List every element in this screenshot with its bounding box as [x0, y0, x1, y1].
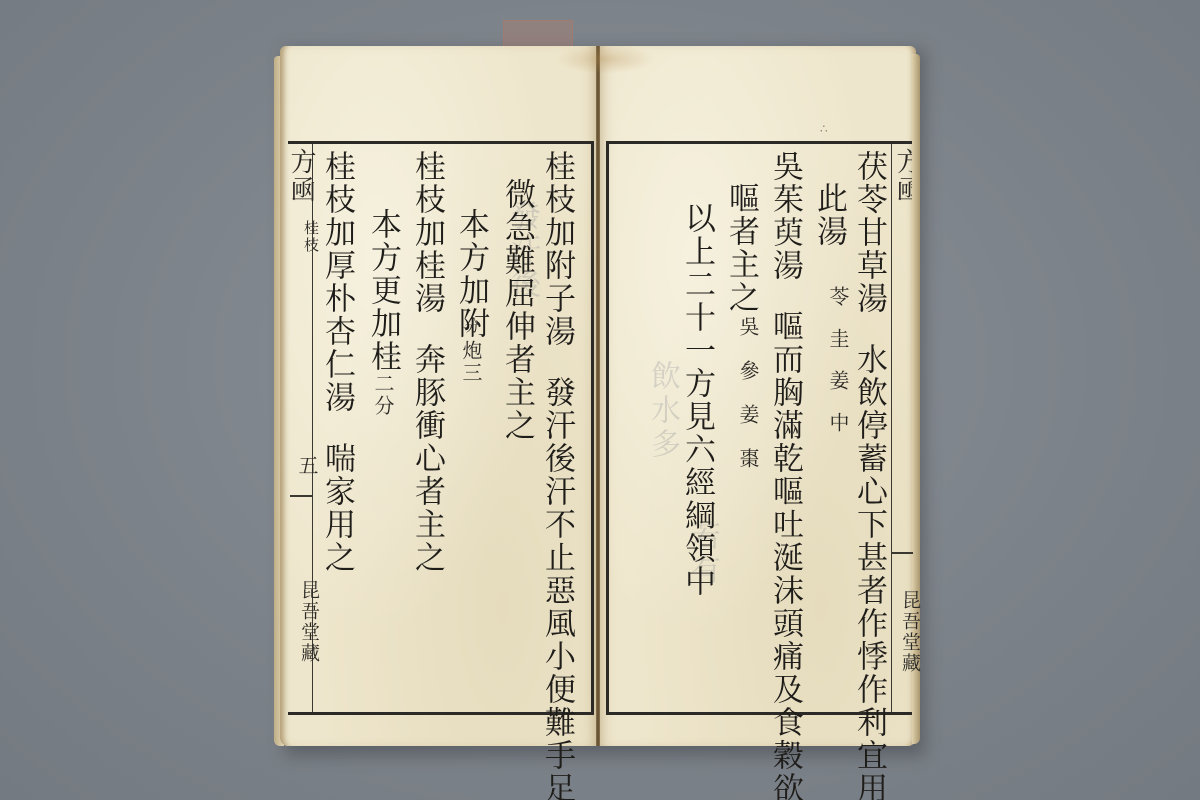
- text-column-2: 此湯: [812, 182, 846, 248]
- text-column-1: 茯苓甘草湯水飲停蓄心下甚者作悸作利宜用: [852, 150, 886, 800]
- text-column-4: 嘔者主之: [724, 182, 758, 314]
- text-column-5: 以上二十一方見六經綱領中: [680, 202, 714, 598]
- prescription-text: 微急難屈伸者主之: [499, 178, 535, 442]
- water-stain: [555, 44, 655, 74]
- ingredient: 姜: [736, 404, 760, 448]
- prescription-text: 奔豚衝心者主之: [409, 343, 445, 574]
- ingredient: 中: [826, 412, 850, 454]
- ingredient: 參: [736, 360, 760, 404]
- prescription-title: 桂枝加厚朴杏仁湯: [319, 150, 355, 414]
- dosage-note: 二分: [371, 373, 395, 417]
- prescription-text: 發汗後汗不止惡風小便難手足: [539, 376, 575, 800]
- prescription-text: 本方更加桂: [365, 208, 401, 373]
- text-column-2: 微急難屈伸者主之: [500, 178, 534, 442]
- text-column-4: 桂枝加桂湯奔豚衝心者主之: [410, 150, 444, 574]
- ingredient-list: 吳參姜棗: [731, 316, 765, 492]
- text-column-5: 本方更加桂二分: [366, 208, 400, 417]
- summary-text: 以上二十一方見六經綱領中: [679, 202, 715, 598]
- margin-title: 方凾: [284, 148, 318, 204]
- publisher-mark: 昆吾堂藏: [292, 580, 326, 664]
- prescription-text: 嘔而胸滿乾嘔吐涎沫頭痛及食穀欲: [767, 310, 803, 800]
- ingredient: 圭: [826, 328, 850, 370]
- book-gutter: [596, 46, 600, 746]
- ingredient: 吳: [736, 316, 760, 360]
- ingredient-list: 苓圭姜中: [818, 286, 858, 454]
- dosage-note: 炮三: [459, 340, 483, 384]
- text-column-1: 桂枝加附子湯發汗後汗不止惡風小便難手足: [540, 150, 574, 800]
- text-column-3: 吳茱萸湯嘔而胸滿乾嘔吐涎沫頭痛及食穀欲: [768, 150, 802, 800]
- text-column-6: 桂枝加厚朴杏仁湯喘家用之: [320, 150, 354, 574]
- fishtail-mark: [290, 495, 312, 497]
- ink-speck: ∴: [820, 122, 828, 136]
- prescription-title: 桂枝加附子湯: [539, 150, 575, 348]
- prescription-text: 此湯: [811, 182, 847, 248]
- ingredient: 棗: [736, 448, 760, 492]
- text-column-3: 本方加附炮三: [454, 208, 488, 384]
- ingredient: 姜: [826, 370, 850, 412]
- prescription-title: 吳茱萸湯: [767, 150, 803, 282]
- ingredient: 苓: [826, 286, 850, 328]
- prescription-title: 桂枝加桂湯: [409, 150, 445, 315]
- dosage-note: 分: [455, 318, 489, 335]
- publisher-mark: 昆吾堂藏: [893, 590, 927, 674]
- prescription-text: 嘔者主之: [723, 182, 759, 314]
- prescription-text: 喘家用之: [319, 442, 355, 574]
- fishtail-mark: [891, 552, 913, 554]
- right-margin-rule: [891, 144, 892, 712]
